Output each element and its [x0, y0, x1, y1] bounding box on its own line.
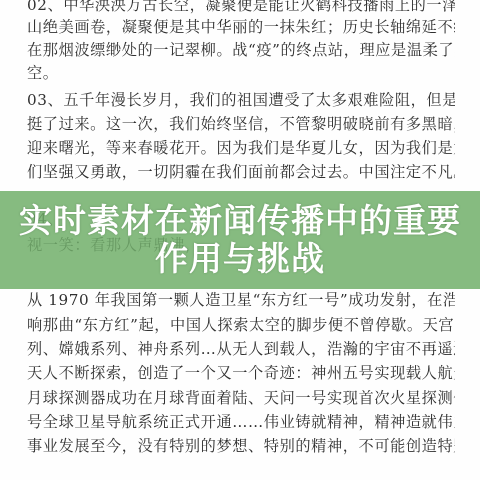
text-line: 事业发展至今，没有特别的梦想、特别的精神，不可能创造特别的业绩。	[27, 436, 455, 456]
text-line: 迎来曙光，等来春暖花开。因为我们是华夏儿女，因为我们是龙的传人，我	[27, 138, 455, 158]
text-line: 天人不断探索，创造了一个又一个奇迹：神州五号实现载人航天、嫦娥四号	[27, 363, 455, 383]
text-line: 空。	[27, 63, 455, 83]
text-line: 号全球卫星导航系统正式开通……伟业铸就精神，精神造就伟业。载人航天	[27, 412, 455, 432]
text-line: 响那曲“东方红”起，中国人探索太空的脚步便不曾停歇。天宫系列、北斗系	[27, 315, 455, 335]
text-line: 列、嫦娥系列、神舟系列…从无人到载人，浩瀚的宇宙不再遥远。坚韧的航	[27, 339, 455, 359]
text-line: 挺了过来。这一次，我们始终坚信，不管黎明破晓前有多黑暗，我们终归会	[27, 114, 455, 134]
document-page: 02、中华泱泱万古长空，凝聚便是能让火鹤科技播雨上的一泽清风；绿水青 山绝美画卷…	[0, 0, 480, 480]
text-line: 从 1970 年我国第一颗人造卫星“东方红一号”成功发射，在浩瀚的太空中奏	[27, 290, 455, 310]
banner-title-line-2: 作用与挑战	[0, 239, 480, 279]
text-line: 在那烟波缥缈处的一记翠柳。战“疫”的终点站，理应是温柔了岁月的碧海长	[27, 40, 455, 60]
text-line: 02、中华泱泱万古长空，凝聚便是能让火鹤科技播雨上的一泽清风；绿水青	[27, 0, 455, 15]
title-banner: 04、 相 视一笑：看那人声鼎沸， 实时素材在新闻传播中的重要 作用与挑战	[0, 191, 480, 289]
banner-title-line-1: 实时素材在新闻传播中的重要	[0, 201, 480, 241]
text-line: 03、五千年漫长岁月，我们的祖国遭受了太多艰难险阻，但是最后都勇敢地	[27, 90, 455, 110]
text-line: 们坚强又勇敢，一切阴霾在我们面前都会过去。中国注定不凡。	[27, 162, 455, 182]
text-line: 山绝美画卷，凝聚便是其中华丽的一抹朱红；历史长轴绵延不绝，凝聚便是	[27, 17, 455, 37]
text-line: 月球探测器成功在月球背面着陆、天问一号实现首次火星探测任务、北斗三	[27, 388, 455, 408]
